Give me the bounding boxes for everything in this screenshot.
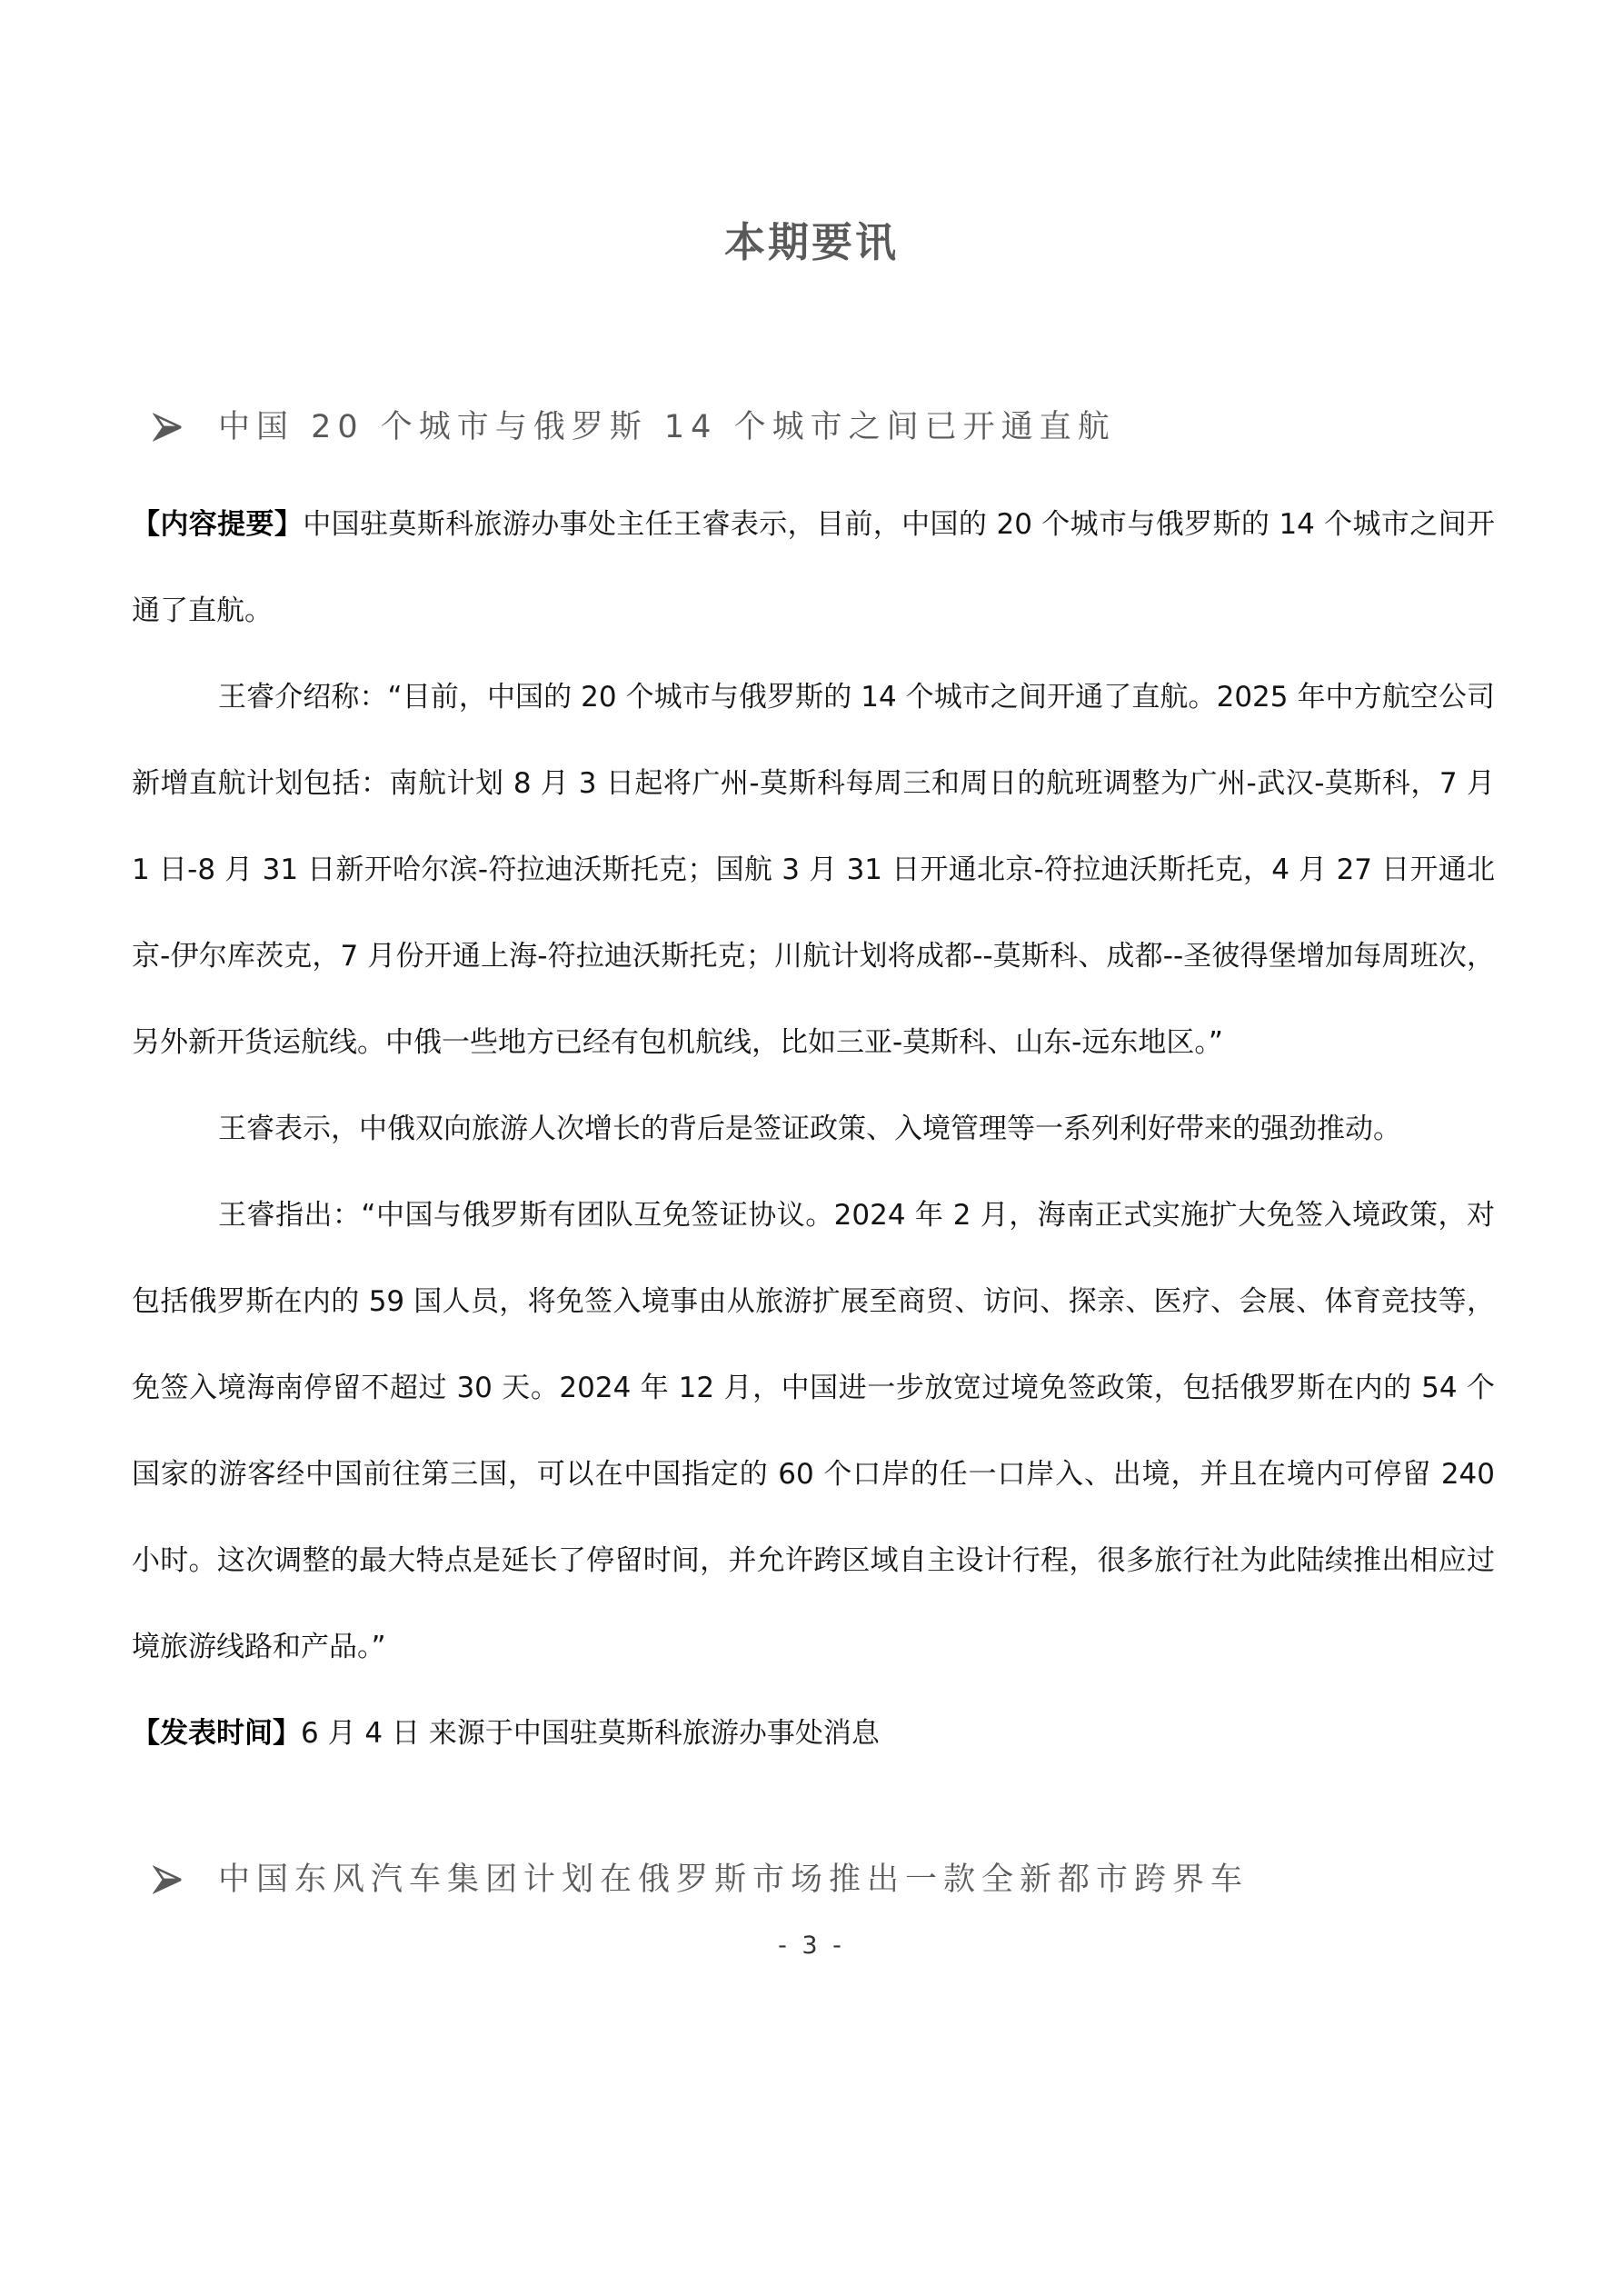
3d-arrowhead-bullet-icon: [153, 412, 184, 443]
summary-label: 【内容提要】: [132, 508, 303, 541]
news-item-heading-row: 中国东风汽车集团计划在俄罗斯市场推出一款全新都市跨界车: [0, 1857, 1623, 1902]
body-paragraph: 王睿表示，中俄双向旅游人次增长的背后是签证政策、入境管理等一系列利好带来的强劲推…: [132, 1086, 1495, 1173]
summary-text: 中国驻莫斯科旅游办事处主任王睿表示，目前，中国的 20 个城市与俄罗斯的 14 …: [132, 508, 1495, 627]
news-item-title: 中国 20 个城市与俄罗斯 14 个城市之间已开通直航: [218, 404, 1116, 450]
3d-arrowhead-bullet-icon: [153, 1864, 184, 1895]
page-number: - 3 -: [0, 1932, 1623, 1960]
news-item-heading-row: 中国 20 个城市与俄罗斯 14 个城市之间已开通直航: [0, 404, 1623, 450]
publish-date-label: 【发表时间】: [132, 1717, 301, 1750]
news-item-title: 中国东风汽车集团计划在俄罗斯市场推出一款全新都市跨界车: [218, 1857, 1249, 1902]
publish-date-paragraph: 【发表时间】6 月 4 日 来源于中国驻莫斯科旅游办事处消息: [132, 1691, 1495, 1777]
summary-paragraph: 【内容提要】中国驻莫斯科旅游办事处主任王睿表示，目前，中国的 20 个城市与俄罗…: [132, 482, 1495, 654]
body-paragraph: 王睿指出：“中国与俄罗斯有团队互免签证协议。2024 年 2 月，海南正式实施扩…: [132, 1173, 1495, 1691]
article-body: 【内容提要】中国驻莫斯科旅游办事处主任王睿表示，目前，中国的 20 个城市与俄罗…: [132, 482, 1495, 1777]
page-title: 本期要讯: [0, 0, 1623, 270]
body-paragraph: 王睿介绍称：“目前，中国的 20 个城市与俄罗斯的 14 个城市之间开通了直航。…: [132, 654, 1495, 1086]
publish-date-text: 6 月 4 日 来源于中国驻莫斯科旅游办事处消息: [301, 1717, 880, 1750]
document-page: 本期要讯 中国 20 个城市与俄罗斯 14 个城市之间已开通直航 【内容提要】中…: [0, 0, 1623, 2296]
